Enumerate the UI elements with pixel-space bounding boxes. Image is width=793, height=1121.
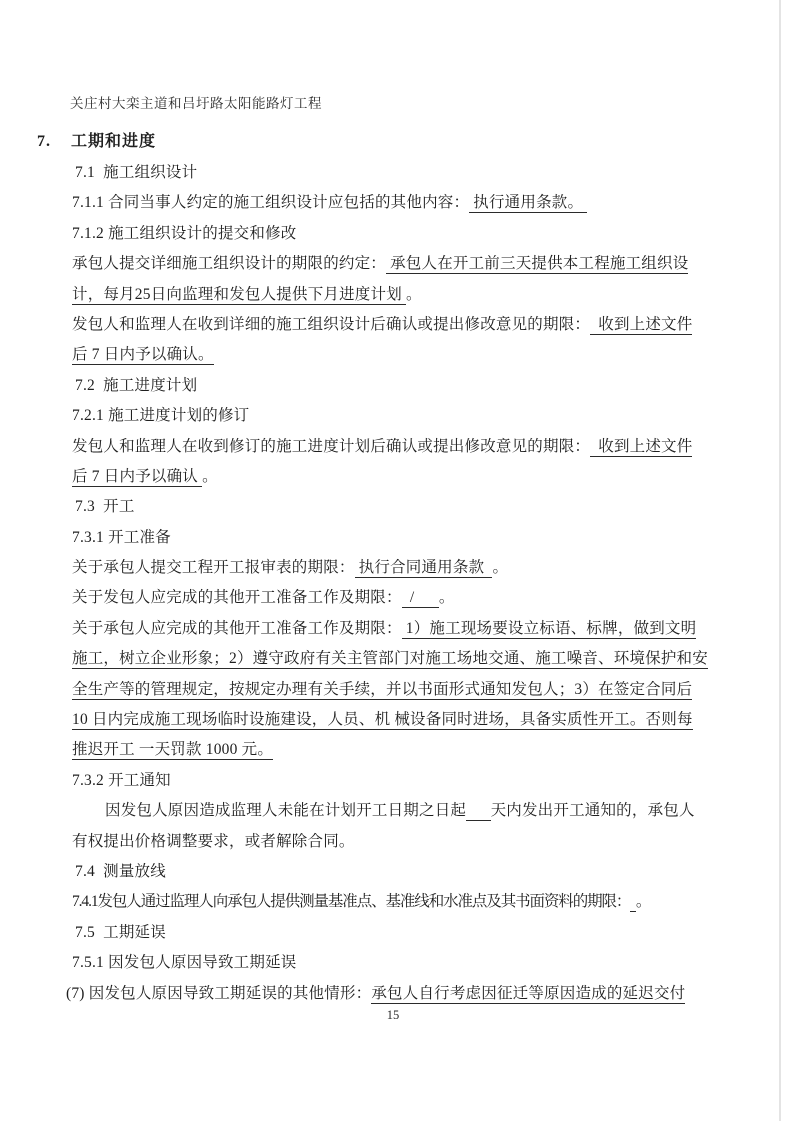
page-number: 15 <box>0 1008 786 1023</box>
text-line: 10 日内完成施工现场临时设施建设，人员、机 械设备同时进场，具备实质性开工。否… <box>72 705 724 735</box>
text-line: 后 7 日内予以确认 。 <box>72 462 724 492</box>
filled-blank-text: 收到上述文件 <box>590 316 692 335</box>
text-line: 计，每月25日向监理和发包人提供下月进度计划 。 <box>72 280 724 310</box>
text-line: 7.2.1 施工进度计划的修订 <box>72 401 724 431</box>
text-segment: 天内发出开工通知的，承包人 <box>491 802 695 819</box>
text-line: 7. 工期和进度 <box>37 126 724 158</box>
text-segment: 7.4 测量放线 <box>75 863 166 880</box>
filled-blank-text: 后 7 日内予以确认 <box>72 468 202 487</box>
text-segment: 7.5.1 因发包人原因导致工期延误 <box>72 954 296 971</box>
text-segment: 因发包人原因造成监理人未能在计划开工日期之日起 <box>105 802 466 819</box>
text-segment: 发包人和监理人在收到详细的施工组织设计后确认或提出修改意见的期限： <box>72 316 590 333</box>
text-line: 施工，树立企业形象；2）遵守政府有关主管部门对施工场地交通、施工噪音、环境保护和… <box>72 644 724 674</box>
text-line: 7.2 施工进度计划 <box>75 371 724 401</box>
text-line: 发包人和监理人在收到详细的施工组织设计后确认或提出修改意见的期限： 收到上述文件 <box>72 310 724 340</box>
text-line: 7.3.1 开工准备 <box>72 523 724 553</box>
document-header: 关庄村大栾主道和吕圩路太阳能路灯工程 <box>70 92 322 112</box>
text-line: 7.3 开工 <box>75 492 724 522</box>
text-line: 7.4.1发包人通过监理人向承包人提供测量基准点、基准线和水准点及其书面资料的期… <box>72 887 724 917</box>
filled-blank-text: 计，每月25日向监理和发包人提供下月进度计划 <box>72 286 406 305</box>
scan-edge-line <box>779 0 781 1121</box>
text-line: 7.1.1 合同当事人约定的施工组织设计应包括的其他内容： 执行通用条款。 <box>72 188 724 218</box>
filled-blank-text: 收到上述文件 <box>590 438 692 457</box>
text-segment: 关于发包人应完成的其他开工准备工作及期限： <box>72 589 402 606</box>
text-segment: 7.3.1 开工准备 <box>72 529 171 546</box>
document-body: 7. 工期和进度7.1 施工组织设计7.1.1 合同当事人约定的施工组织设计应包… <box>72 126 724 1009</box>
filled-blank-text: 执行合同通用条款 <box>355 559 493 578</box>
text-line: (7) 因发包人原因导致工期延误的其他情形：承包人自行考虑因征迁等原因造成的延迟… <box>66 979 724 1009</box>
filled-blank-text: 10 日内完成施工现场临时设施建设，人员、机 械设备同时进场，具备实质性开工。否… <box>72 711 693 730</box>
text-line: 7.3.2 开工通知 <box>72 766 724 796</box>
filled-blank-text: 执行通用条款。 <box>469 194 587 213</box>
text-segment: 有权提出价格调整要求，或者解除合同。 <box>72 833 355 850</box>
text-segment: 7.2.1 施工进度计划的修订 <box>72 407 249 424</box>
text-line: 7.5.1 因发包人原因导致工期延误 <box>72 948 724 978</box>
text-line: 7.5 工期延误 <box>75 918 724 948</box>
filled-blank-text: 全生产等的管理规定，按规定办理有关手续，并以书面形式通知发包人；3）在签定合同后 <box>72 681 692 700</box>
text-line: 关于发包人应完成的其他开工准备工作及期限： / 。 <box>72 583 724 613</box>
filled-blank-text: 1）施工现场要设立标语、标牌，做到文明 <box>402 620 697 639</box>
text-segment: 。 <box>492 559 508 576</box>
text-segment: 。 <box>636 893 650 910</box>
text-line: 后 7 日内予以确认。 <box>72 340 724 370</box>
document-page: 关庄村大栾主道和吕圩路太阳能路灯工程 7. 工期和进度7.1 施工组织设计7.1… <box>0 0 793 1121</box>
text-segment: 7.4.1发包人通过监理人向承包人提供测量基准点、基准线和水准点及其书面资料的期… <box>72 893 630 910</box>
filled-blank-text: 施工，树立企业形象；2）遵守政府有关主管部门对施工场地交通、施工噪音、环境保护和… <box>72 650 708 669</box>
filled-blank-text: 承包人在开工前三天提供本工程施工组织设 <box>386 255 688 274</box>
text-segment: 关于承包人应完成的其他开工准备工作及期限： <box>72 620 402 637</box>
text-line: 推迟开工 一天罚款 1000 元。 <box>72 735 724 765</box>
text-line: 关于承包人应完成的其他开工准备工作及期限： 1）施工现场要设立标语、标牌，做到文… <box>72 614 724 644</box>
filled-blank-text <box>466 802 490 821</box>
text-line: 全生产等的管理规定，按规定办理有关手续，并以书面形式通知发包人；3）在签定合同后 <box>72 675 724 705</box>
text-segment: 。 <box>406 286 422 303</box>
text-line: 关于承包人提交工程开工报审表的期限： 执行合同通用条款 。 <box>72 553 724 583</box>
text-segment: 7.3 开工 <box>75 498 135 515</box>
text-segment: 关于承包人提交工程开工报审表的期限： <box>72 559 355 576</box>
text-segment: 7.5 工期延误 <box>75 924 166 941</box>
text-line: 7.1.2 施工组织设计的提交和修改 <box>72 219 724 249</box>
text-segment: 7.3.2 开工通知 <box>72 772 171 789</box>
text-segment: 发包人和监理人在收到修订的施工进度计划后确认或提出修改意见的期限： <box>72 438 590 455</box>
filled-blank-text: / <box>402 589 439 608</box>
text-line: 承包人提交详细施工组织设计的期限的约定： 承包人在开工前三天提供本工程施工组织设 <box>72 249 724 279</box>
text-segment: (7) 因发包人原因导致工期延误的其他情形： <box>66 985 371 1002</box>
filled-blank-text: 承包人自行考虑因征迁等原因造成的延迟交付 <box>371 985 685 1004</box>
text-segment: 7.1.2 施工组织设计的提交和修改 <box>72 225 296 242</box>
filled-blank-text: 后 7 日内予以确认。 <box>72 346 214 365</box>
text-segment: 承包人提交详细施工组织设计的期限的约定： <box>72 255 386 272</box>
filled-blank-text: 推迟开工 一天罚款 1000 元。 <box>72 741 273 760</box>
text-line: 因发包人原因造成监理人未能在计划开工日期之日起 天内发出开工通知的，承包人 <box>72 796 724 826</box>
text-segment: 7. 工期和进度 <box>37 133 156 150</box>
text-line: 有权提出价格调整要求，或者解除合同。 <box>72 827 724 857</box>
text-segment: 7.1.1 合同当事人约定的施工组织设计应包括的其他内容： <box>72 194 469 211</box>
text-segment: 。 <box>439 589 455 606</box>
text-segment: 。 <box>202 468 218 485</box>
text-line: 7.4 测量放线 <box>75 857 724 887</box>
text-segment: 7.2 施工进度计划 <box>75 377 197 394</box>
text-line: 发包人和监理人在收到修订的施工进度计划后确认或提出修改意见的期限： 收到上述文件 <box>72 432 724 462</box>
text-line: 7.1 施工组织设计 <box>75 158 724 188</box>
text-segment: 7.1 施工组织设计 <box>75 164 197 181</box>
